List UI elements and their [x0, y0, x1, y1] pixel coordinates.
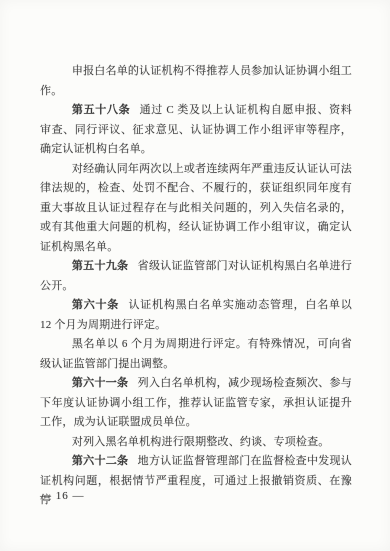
paragraph: 对列入黑名单机构进行限期整改、约谈、专项检查。: [40, 433, 352, 453]
paragraph-text: 对列入黑名单机构进行限期整改、约谈、专项检查。: [72, 436, 330, 448]
article-number: 第五十八条: [72, 104, 130, 116]
paragraph-text: 申报白名单的认证机构不得推荐人员参加认证协调小组工作。: [40, 65, 352, 97]
paragraph-text: 对经确认同年两次以上或者连续两年严重违反认证认可法律法规的，检查、处罚不配合、不…: [40, 163, 352, 253]
paragraph-text: 黑名单以 6 个月为周期进行评定。有特殊情况，可向省级认证监管部门提出调整。: [40, 338, 352, 370]
paragraph: 第六十二条地方认证监督管理部门在监督检查中发现认证机构问题，根据情节严重程度，可…: [40, 452, 352, 511]
paragraph: 黑名单以 6 个月为周期进行评定。有特殊情况，可向省级认证监管部门提出调整。: [40, 335, 352, 374]
article-number: 第五十九条: [72, 260, 128, 272]
article-number: 第六十条: [72, 299, 119, 311]
paragraph: 第五十九条省级认证监管部门对认证机构黑白名单进行公开。: [40, 257, 352, 296]
article-number: 第六十一条: [72, 377, 128, 389]
paragraph: 对经确认同年两次以上或者连续两年严重违反认证认可法律法规的，检查、处罚不配合、不…: [40, 160, 352, 258]
document-page: 申报白名单的认证机构不得推荐人员参加认证协调小组工作。第五十八条通过 C 类及以…: [0, 0, 390, 551]
paragraph: 第六十条认证机构黑白名单实施动态管理，白名单以 12 个月为周期进行评定。: [40, 296, 352, 335]
paragraph: 申报白名单的认证机构不得推荐人员参加认证协调小组工作。: [40, 62, 352, 101]
paragraph: 第六十一条列入白名单机构，减少现场检查频次、参与下年度认证协调小组工作，推荐认证…: [40, 374, 352, 433]
document-body: 申报白名单的认证机构不得推荐人员参加认证协调小组工作。第五十八条通过 C 类及以…: [40, 62, 352, 511]
article-number: 第六十二条: [72, 455, 128, 467]
paragraph: 第五十八条通过 C 类及以上认证机构自愿申报、资料审查、同行评议、征求意见、认证…: [40, 101, 352, 160]
page-number: — 16 —: [40, 490, 85, 502]
page-footer: — 16 —: [40, 487, 85, 507]
